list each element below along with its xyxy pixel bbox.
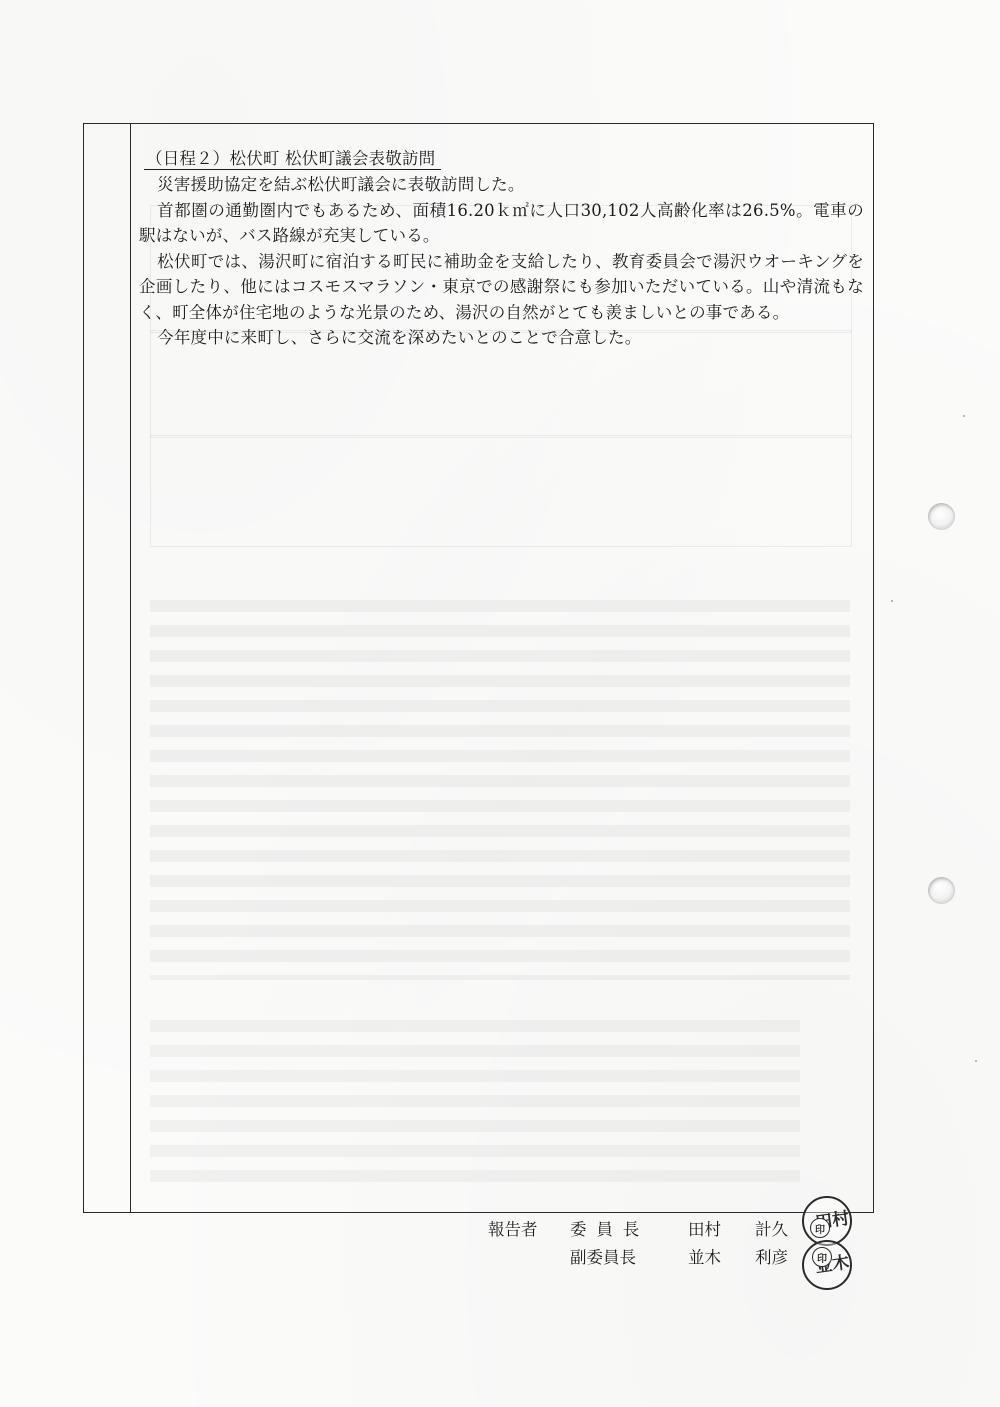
paragraph-town-profile: 首都圏の通勤圏内でもあるため、面積16.20ｋ㎡に人口30,102人高齢化率は2… — [139, 198, 864, 249]
paragraph-agreement: 今年度中に来町し、さらに交流を深めたいとのことで合意した。 — [139, 325, 864, 351]
reporter-label: 報告者 — [488, 1216, 570, 1244]
seal-mark-icon: 印 — [812, 1247, 832, 1267]
reporter-block: 報告者 委員長 田村 計久 副委員長 並木 利彦 — [488, 1216, 788, 1272]
paper-speck — [975, 1060, 977, 1062]
reporter-name: 田村 計久 — [688, 1216, 788, 1244]
reporter-name: 並木 利彦 — [688, 1244, 788, 1272]
report-content: （日程２）松伏町 松伏町議会表敬訪問 災害援助協定を結ぶ松伏町議会に表敬訪問した… — [139, 146, 864, 351]
punch-hole-icon — [928, 877, 955, 904]
paragraph-exchange-activities: 松伏町では、湯沢町に宿泊する町民に補助金を支給したり、教育委員会で湯沢ウオーキン… — [139, 249, 864, 326]
seal-mark-icon: 印 — [810, 1218, 830, 1238]
left-margin-column — [84, 124, 131, 1212]
reporter-row-chair: 報告者 委員長 田村 計久 — [488, 1216, 788, 1244]
punch-hole-icon — [928, 503, 955, 530]
report-frame: （日程２）松伏町 松伏町議会表敬訪問 災害援助協定を結ぶ松伏町議会に表敬訪問した… — [83, 123, 874, 1213]
paper-speck — [891, 600, 893, 602]
paragraph-visit: 災害援助協定を結ぶ松伏町議会に表敬訪問した。 — [139, 172, 864, 198]
reporter-given-name: 利彦 — [755, 1244, 788, 1272]
reporter-surname: 田村 — [688, 1216, 734, 1244]
hanko-seal-icon: 田村 印 — [802, 1196, 852, 1246]
section-title: （日程２）松伏町 松伏町議会表敬訪問 — [144, 148, 441, 170]
reporter-role: 委員長 — [570, 1216, 688, 1244]
reporter-given-name: 計久 — [755, 1216, 788, 1244]
reporter-role: 副委員長 — [570, 1244, 688, 1272]
reporter-row-vice-chair: 副委員長 並木 利彦 — [488, 1244, 788, 1272]
hanko-seal-icon: 並木 印 — [802, 1240, 852, 1290]
reporter-surname: 並木 — [688, 1244, 734, 1272]
paper-speck — [963, 415, 965, 417]
